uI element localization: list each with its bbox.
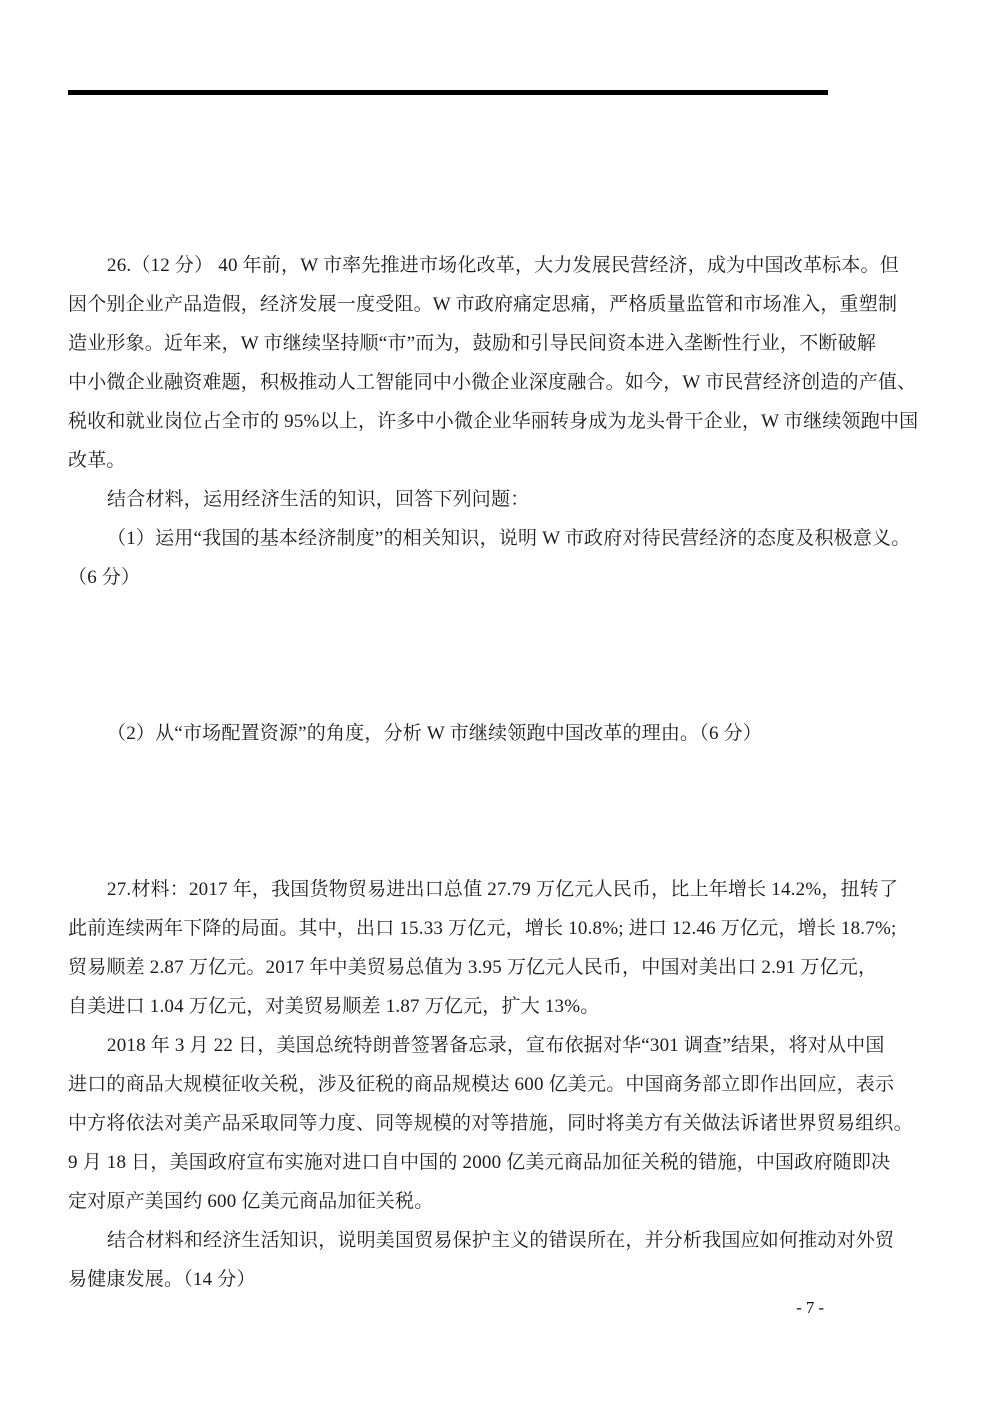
text-line: 定对原产美国约 600 亿美元商品加征关税。 <box>68 1182 914 1221</box>
question-26: 26.（12 分） 40 年前，W 市率先推进市场化改革，大力发展民营经济，成为… <box>68 246 914 870</box>
text-line: 27.材料：2017 年，我国货物贸易进出口总值 27.79 万亿元人民币，比上… <box>68 870 914 909</box>
q26-intro-paragraph: 结合材料，运用经济生活的知识，回答下列问题： <box>68 480 914 519</box>
text-line: 结合材料和经济生活知识，说明美国贸易保护主义的错误所在，并分析我国应如何推动对外… <box>68 1221 914 1260</box>
text-line: 自美进口 1.04 万亿元，对美贸易顺差 1.87 万亿元，扩大 13%。 <box>68 987 914 1026</box>
text-line: 2018 年 3 月 22 日，美国总统特朗普签署备忘录，宣布依据对华“301 … <box>68 1026 914 1065</box>
text-line: 贸易顺差 2.87 万亿元。2017 年中美贸易总值为 3.95 万亿元人民币，… <box>68 948 914 987</box>
text-line: 此前连续两年下降的局面。其中，出口 15.33 万亿元，增长 10.8%; 进口… <box>68 909 914 948</box>
text-line: 税收和就业岗位占全市的 95%以上，许多中小微企业华丽转身成为龙头骨干企业，W … <box>68 402 914 441</box>
q27-material2-paragraph: 2018 年 3 月 22 日，美国总统特朗普签署备忘录，宣布依据对华“301 … <box>68 1026 914 1221</box>
text-line: 造业形象。近年来，W 市继续坚持顺“市”而为，鼓励和引导民间资本进入垄断性行业，… <box>68 324 914 363</box>
answer-space-blank <box>68 597 914 714</box>
q26-material-paragraph: 26.（12 分） 40 年前，W 市率先推进市场化改革，大力发展民营经济，成为… <box>68 246 914 480</box>
text-line: （6 分） <box>68 558 914 597</box>
text-line: 进口的商品大规模征收关税，涉及征税的商品规模达 600 亿美元。中国商务部立即作… <box>68 1065 914 1104</box>
text-line: 26.（12 分） 40 年前，W 市率先推进市场化改革，大力发展民营经济，成为… <box>68 246 914 285</box>
text-line: 易健康发展。（14 分） <box>68 1260 914 1299</box>
question-27: 27.材料：2017 年，我国货物贸易进出口总值 27.79 万亿元人民币，比上… <box>68 870 914 1299</box>
q26-part1-paragraph: （1）运用“我国的基本经济制度”的相关知识，说明 W 市政府对待民营经济的态度及… <box>68 519 914 597</box>
header-divider-rule <box>68 90 828 95</box>
q26-part2-paragraph: （2）从“市场配置资源”的角度，分析 W 市继续领跑中国改革的理由。（6 分） <box>68 714 914 753</box>
text-line: 9 月 18 日，美国政府宣布实施对进口自中国的 2000 亿美元商品加征关税的… <box>68 1143 914 1182</box>
text-line: 因个别企业产品造假，经济发展一度受阻。W 市政府痛定思痛，严格质量监管和市场准入… <box>68 285 914 324</box>
text-line: （2）从“市场配置资源”的角度，分析 W 市继续领跑中国改革的理由。（6 分） <box>68 714 914 753</box>
text-line: 改革。 <box>68 441 914 480</box>
text-line: 中方将依法对美产品采取同等力度、同等规模的对等措施，同时将美方有关做法诉诸世界贸… <box>68 1104 914 1143</box>
answer-space-blank <box>68 753 914 870</box>
q27-material1-paragraph: 27.材料：2017 年，我国货物贸易进出口总值 27.79 万亿元人民币，比上… <box>68 870 914 1026</box>
text-line: 结合材料，运用经济生活的知识，回答下列问题： <box>68 480 914 519</box>
document-body: 26.（12 分） 40 年前，W 市率先推进市场化改革，大力发展民营经济，成为… <box>68 246 914 1299</box>
text-line: （1）运用“我国的基本经济制度”的相关知识，说明 W 市政府对待民营经济的态度及… <box>68 519 914 558</box>
page-number: -7- <box>68 1298 828 1318</box>
text-line: 中小微企业融资难题，积极推动人工智能同中小微企业深度融合。如今，W 市民营经济创… <box>68 363 914 402</box>
q27-task-paragraph: 结合材料和经济生活知识，说明美国贸易保护主义的错误所在，并分析我国应如何推动对外… <box>68 1221 914 1299</box>
